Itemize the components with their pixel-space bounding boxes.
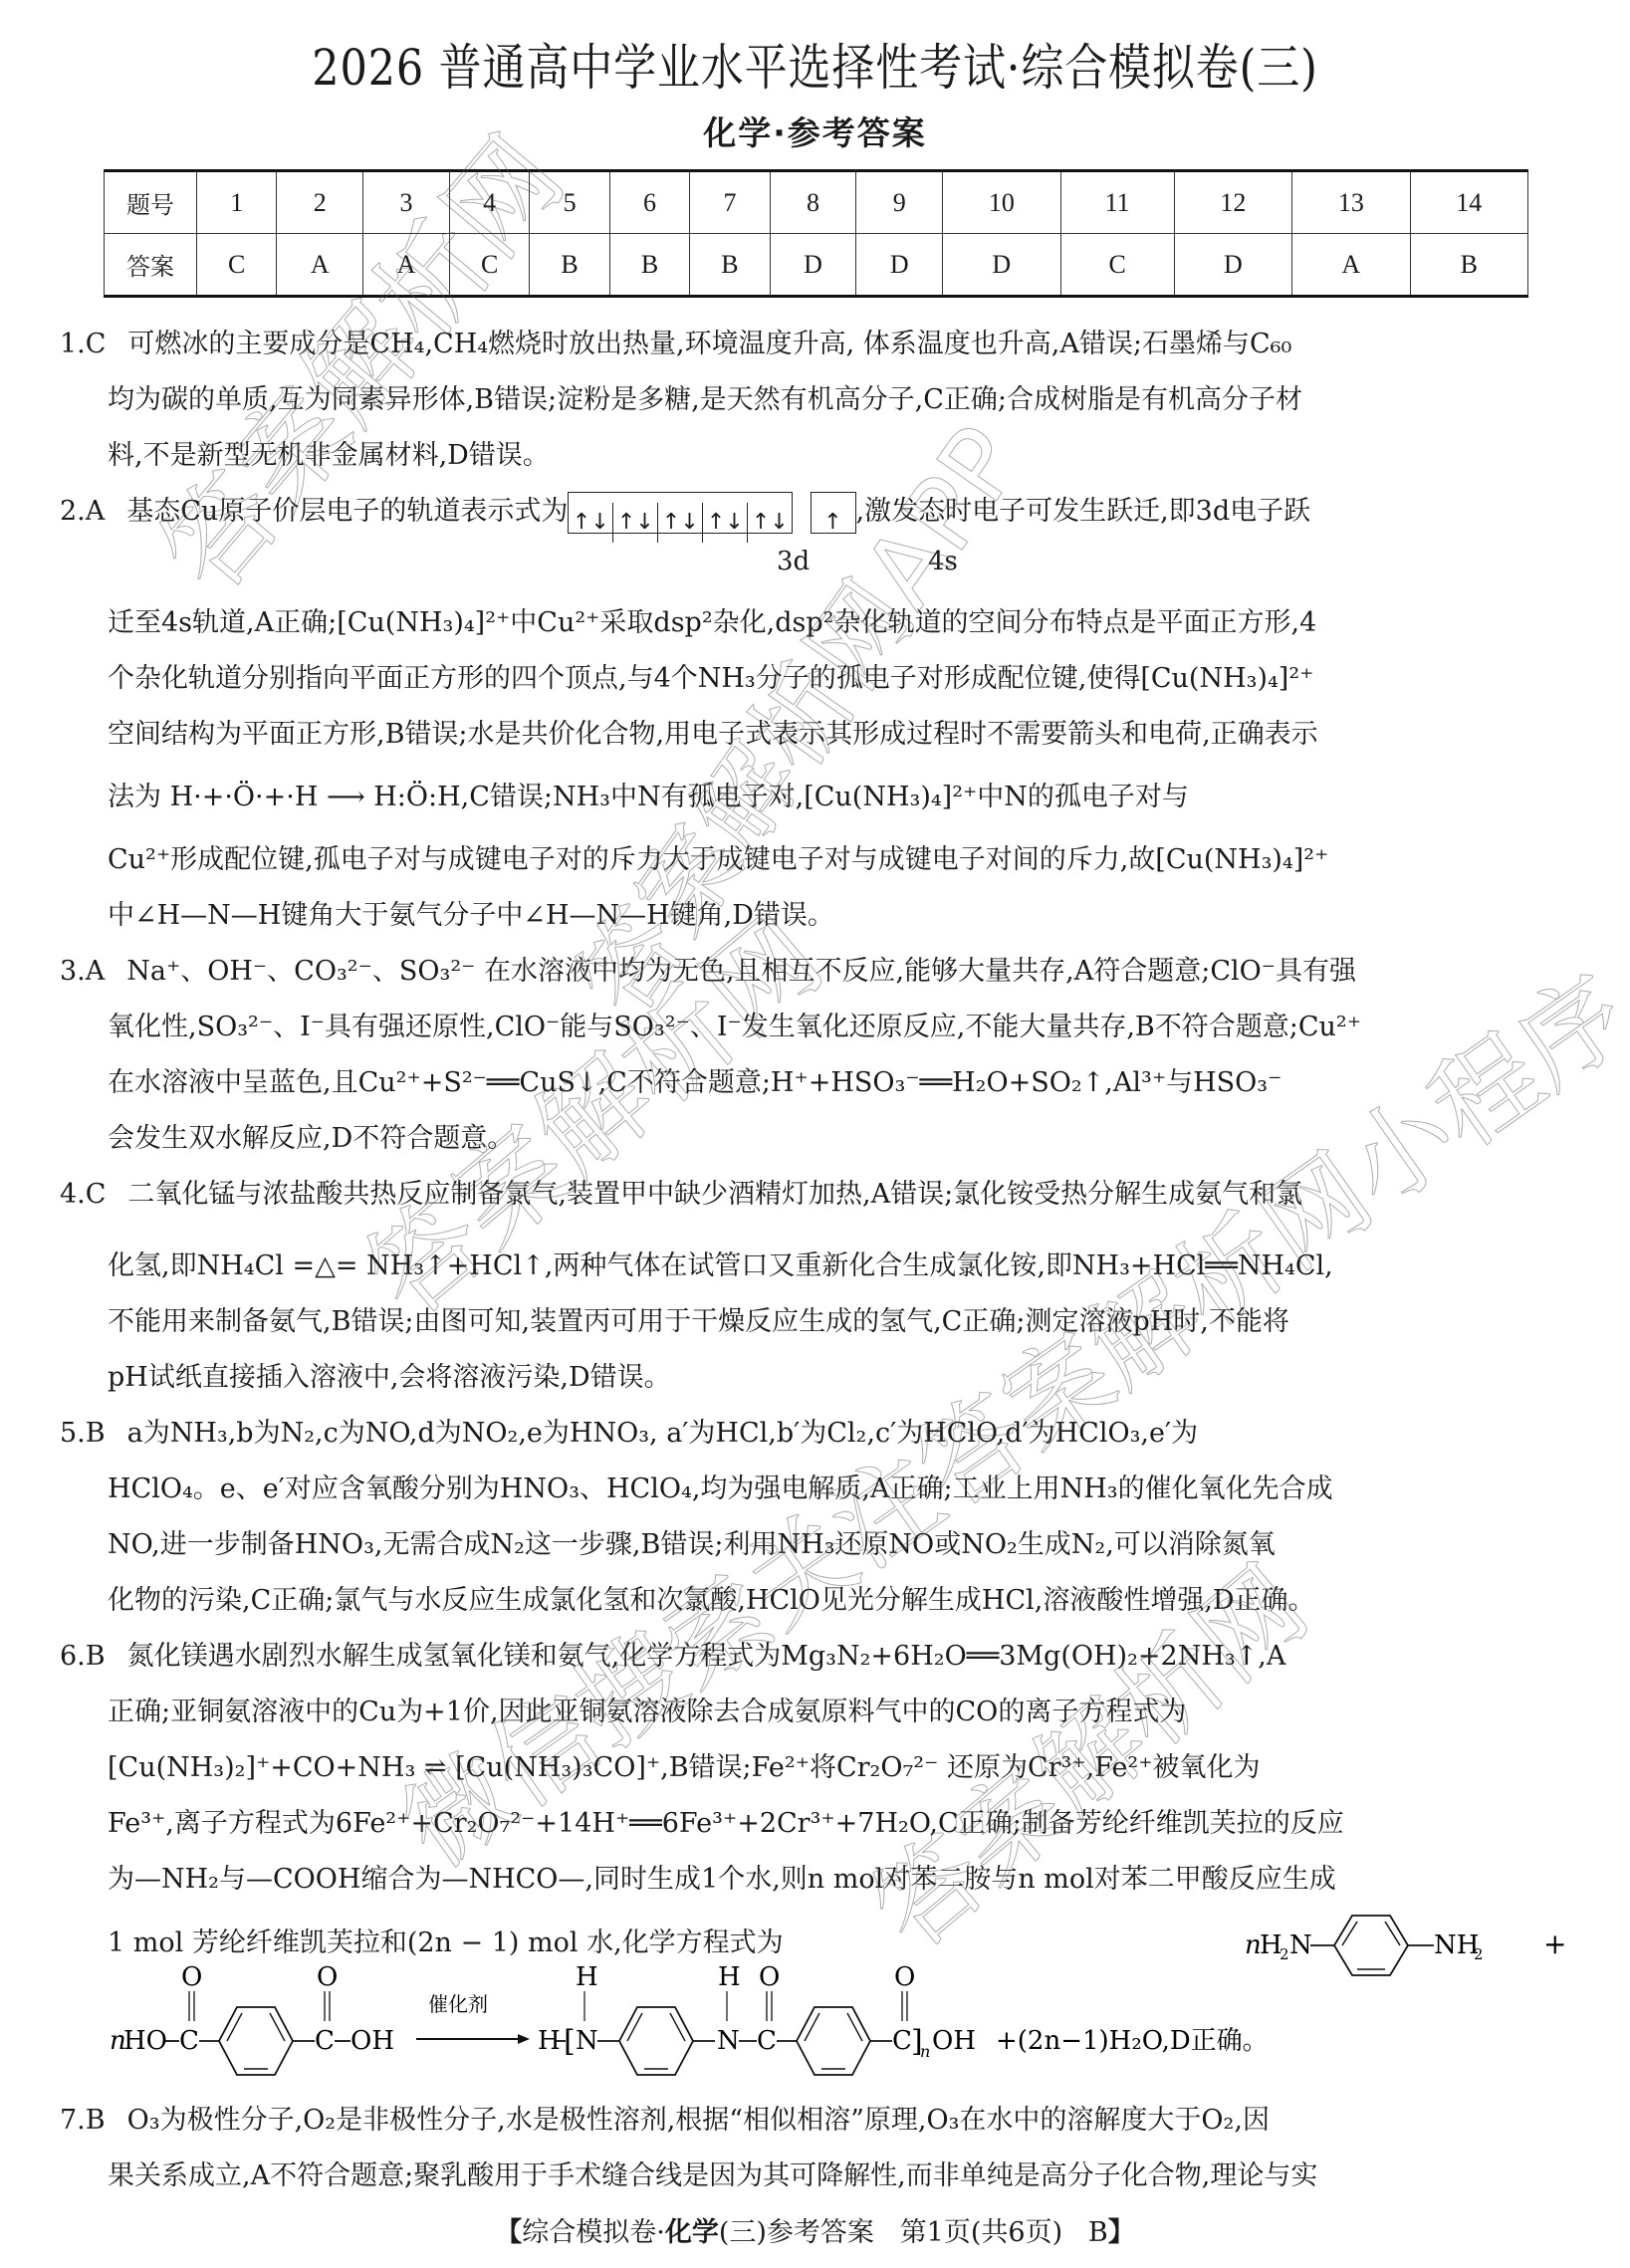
explanation-line: 空间结构为平面正方形,B错误;水是共价化合物,用电子式表示其形成过程时不需要箭头…: [60, 707, 1573, 763]
answer-table: 题号 1 2 3 4 5 6 7 8 9 10 11 12 13 14 答案 C…: [104, 169, 1528, 298]
explanations-body-q7: 7.BO₃为极性分子,O₂是非极性分子,水是极性溶剂,根据“相似相溶”原理,O₃…: [60, 2093, 1573, 2204]
orbital-label-3d: 3d: [777, 534, 810, 589]
svg-text:O: O: [181, 1962, 202, 1992]
explanation-line: 为—NH₂与—COOH缩合为—NHCO—,同时生成1个水,则n mol对苯二胺与…: [60, 1852, 1573, 1908]
explanation-q4: 4.C二氧化锰与浓盐酸共热反应制备氯气,装置甲中缺少酒精灯加热,A错误;氯化铵受…: [60, 1167, 1573, 1406]
catalyst-label: 催化剂: [428, 1992, 488, 2016]
explanation-line: 可燃冰的主要成分是CH₄,CH₄燃烧时放出热量,环境温度升高, 体系温度也升高,…: [127, 329, 1291, 359]
svg-text:n: n: [920, 2042, 930, 2061]
svg-text:O: O: [317, 1962, 338, 1992]
orbital-diagram-3d: ↑↓↑↓↑↓↑↓↑↓: [568, 492, 793, 534]
explanation-line: 个杂化轨道分别指向平面正方形的四个顶点,与4个NH₃分子的孤电子对形成配位键,使…: [60, 651, 1573, 707]
question-number-cell: 10: [943, 171, 1060, 234]
svg-text:C: C: [315, 2026, 335, 2056]
explanation-line: NO,进一步制备HNO₃,无需合成N₂这一步骤,B错误;利用NH₃还原NO或NO…: [60, 1517, 1573, 1573]
answer-cell: B: [530, 234, 609, 297]
explanation-line: Fe³⁺,离子方程式为6Fe²⁺+Cr₂O₇²⁻+14H⁺══6Fe³⁺+2Cr…: [60, 1796, 1573, 1852]
question-number-cell: 4: [449, 171, 529, 234]
question-number-cell: 13: [1292, 171, 1410, 234]
explanation-line: 中∠H—N—H键角大于氨气分子中∠H—N—H键角,D错误。: [60, 888, 1573, 944]
footer-version: B: [1088, 2217, 1108, 2248]
explanation-line: 化物的污染,C正确;氯气与水反应生成氯化氢和次氯酸,HClO见光分解生成HCl,…: [60, 1573, 1573, 1629]
explanation-q5: 5.Ba为NH₃,b为N₂,c为NO,d为NO₂,e为HNO₃, a′为HCl,…: [60, 1406, 1573, 1629]
question-number-cell: 14: [1410, 171, 1527, 234]
explanation-line: 果关系成立,A不符合题意;聚乳酸用于手术缝合线是因为其可降解性,而非单纯是高分子…: [60, 2149, 1573, 2204]
polyamide-reaction-scheme: n HO C O C O OH 催化剂 H [ N H N H C O C O …: [100, 1961, 1543, 2091]
question-lead: 4.C: [60, 1179, 106, 1210]
explanation-q2: 2.A基态Cu原子价层电子的轨道表示式为↑↓↑↓↑↓↑↓↑↓ ↑,激发态时电子可…: [60, 484, 1573, 944]
explanation-line: 氧化性,SO₃²⁻、I⁻具有强还原性,ClO⁻能与SO₃²⁻、I⁻发生氧化还原反…: [60, 1000, 1573, 1055]
svg-text:H: H: [576, 1962, 598, 1992]
question-lead: 1.C: [60, 329, 106, 359]
question-number-cell: 8: [770, 171, 856, 234]
document-title: 2026 普通高中学业水平选择性考试·综合模拟卷(三): [115, 28, 1516, 100]
svg-text:NH: NH: [1434, 1930, 1479, 1960]
answer-cell: D: [1174, 234, 1291, 297]
answer-cell: A: [1292, 234, 1410, 297]
answer-cell: D: [770, 234, 856, 297]
row-label-answer: 答案: [105, 234, 197, 297]
svg-text:+: +: [1543, 1928, 1566, 1960]
question-number-cell: 1: [197, 171, 277, 234]
orbital-cell: ↑↓: [703, 503, 748, 543]
explanation-line: 在水溶液中呈蓝色,且Cu²⁺+S²⁻══CuS↓,C不符合题意;H⁺+HSO₃⁻…: [60, 1055, 1573, 1111]
svg-text:OH: OH: [350, 2026, 394, 2056]
question-number-cell: 9: [856, 171, 943, 234]
svg-text:N: N: [576, 2026, 598, 2056]
explanation-line: 氮化镁遇水剧烈水解生成氢氧化镁和氨气,化学方程式为Mg₃N₂+6H₂O══3Mg…: [127, 1641, 1286, 1672]
explanation-q3: 3.ANa⁺、OH⁻、CO₃²⁻、SO₃²⁻ 在水溶液中均为无色,且相互不反应,…: [60, 944, 1573, 1167]
footer-left-bracket: 【: [495, 2217, 522, 2248]
question-number-cell: 6: [609, 171, 689, 234]
answer-cell: D: [943, 234, 1060, 297]
explanation-line: 1 mol 芳纶纤维凯芙拉和(2n − 1) mol 水,化学方程式为: [108, 1928, 784, 1958]
byproduct-water: +(2n−1)H₂O,D正确。: [996, 2026, 1269, 2056]
footer-right-bracket: 】: [1108, 2217, 1135, 2248]
answer-cell: C: [449, 234, 529, 297]
footer-title-pre: 综合模拟卷·: [522, 2217, 665, 2248]
svg-text:HO: HO: [123, 2026, 167, 2056]
question-lead: 3.A: [60, 956, 105, 987]
document-subtitle: 化学·参考答案: [0, 108, 1630, 154]
explanation-line: HClO₄。e、e′对应含氧酸分别为HNO₃、HClO₄,均为强电解质,A正确;…: [60, 1462, 1573, 1517]
svg-text:C: C: [179, 2026, 199, 2056]
answer-cell: A: [363, 234, 450, 297]
question-number-cell: 3: [363, 171, 450, 234]
explanation-line: 迁至4s轨道,A正确;[Cu(NH₃)₄]²⁺中Cu²⁺采取dsp²杂化,dsp…: [60, 595, 1573, 651]
explanation-line: 法为 H·+·Ö·+·H ⟶ H:Ö:H,C错误;NH₃中N有孤电子对,[Cu(…: [60, 763, 1573, 832]
answer-cell: B: [609, 234, 689, 297]
explanation-line: pH试纸直接插入溶液中,会将溶液污染,D错误。: [60, 1350, 1573, 1406]
svg-text:N: N: [1289, 1930, 1312, 1960]
explanation-q6: 6.B氮化镁遇水剧烈水解生成氢氧化镁和氨气,化学方程式为Mg₃N₂+6H₂O══…: [60, 1629, 1573, 1979]
orbital-label-4s: 4s: [928, 534, 958, 589]
explanation-line: Na⁺、OH⁻、CO₃²⁻、SO₃²⁻ 在水溶液中均为无色,且相互不反应,能够大…: [126, 956, 1356, 987]
explanation-line: 均为碳的单质,互为同素异形体,B错误;淀粉是多糖,是天然有机高分子,C正确;合成…: [60, 372, 1573, 428]
answer-cell: C: [1060, 234, 1174, 297]
answer-cell: A: [277, 234, 363, 297]
explanation-line: ,激发态时电子可发生跃迁,即3d电子跃: [856, 496, 1311, 527]
explanation-line: O₃为极性分子,O₂是非极性分子,水是极性溶剂,根据“相似相溶”原理,O₃在水中…: [127, 2105, 1270, 2136]
explanation-line: 会发生双水解反应,D不符合题意。: [60, 1111, 1573, 1167]
page-footer: 【综合模拟卷·化学(三)参考答案 第1页(共6页) B】: [0, 2210, 1630, 2249]
svg-text:H: H: [718, 1962, 741, 1992]
question-number-cell: 2: [277, 171, 363, 234]
answer-cell: D: [856, 234, 943, 297]
explanation-line: a为NH₃,b为N₂,c为NO,d为NO₂,e为HNO₃, a′为HCl,b′为…: [127, 1418, 1199, 1449]
svg-text:N: N: [717, 2026, 740, 2056]
question-lead: 7.B: [60, 2105, 106, 2136]
explanation-q1: 1.C可燃冰的主要成分是CH₄,CH₄燃烧时放出热量,环境温度升高, 体系温度也…: [60, 317, 1573, 484]
explanation-line: 料,不是新型无机非金属材料,D错误。: [60, 428, 1573, 484]
explanation-line: 基态Cu原子价层电子的轨道表示式为: [126, 496, 568, 527]
question-lead: 2.A: [60, 496, 105, 527]
question-lead: 6.B: [60, 1641, 106, 1672]
answer-row: 答案 C A A C B B B D D D C D A B: [105, 234, 1528, 297]
svg-text:C: C: [892, 2026, 912, 2056]
svg-text:[: [: [564, 2024, 576, 2059]
explanation-line: 二氧化锰与浓盐酸共热反应制备氯气,装置甲中缺少酒精灯加热,A错误;氯化铵受热分解…: [127, 1179, 1302, 1210]
orbital-cell: ↑↓: [613, 503, 658, 543]
explanation-q7: 7.BO₃为极性分子,O₂是非极性分子,水是极性溶剂,根据“相似相溶”原理,O₃…: [60, 2093, 1573, 2204]
svg-text:OH: OH: [932, 2026, 976, 2056]
footer-title-post: (三)参考答案: [719, 2217, 874, 2248]
explanation-line: Cu²⁺形成配位键,孤电子对与成键电子对的斥力大于成键电子对与成键电子对间的斥力…: [60, 832, 1573, 888]
answer-cell: B: [1410, 234, 1527, 297]
question-number-cell: 7: [690, 171, 770, 234]
question-lead: 5.B: [60, 1418, 106, 1449]
explanation-line: 正确;亚铜氨溶液中的Cu为+1价,因此亚铜氨溶液除去合成氨原料气中的CO的离子方…: [60, 1685, 1573, 1740]
explanation-line: [Cu(NH₃)₂]⁺+CO+NH₃ ⇌ [Cu(NH₃)₃CO]⁺,B错误;F…: [60, 1740, 1573, 1796]
explanation-line: 不能用来制备氨气,B错误;由图可知,装置丙可用于干燥反应生成的氢气,C正确;测定…: [60, 1294, 1573, 1350]
explanations-body: 1.C可燃冰的主要成分是CH₄,CH₄燃烧时放出热量,环境温度升高, 体系温度也…: [60, 317, 1573, 1979]
footer-page-number: 第1页(共6页): [900, 2217, 1062, 2248]
orbital-cell: ↑↓: [569, 503, 613, 543]
orbital-diagram-4s: ↑: [811, 492, 856, 534]
orbital-cell: ↑: [812, 503, 855, 543]
row-label-number: 题号: [105, 171, 197, 234]
footer-subject: 化学: [665, 2217, 719, 2248]
question-number-cell: 5: [530, 171, 609, 234]
question-number-cell: 12: [1174, 171, 1291, 234]
orbital-cell: ↑↓: [658, 503, 703, 543]
question-number-row: 题号 1 2 3 4 5 6 7 8 9 10 11 12 13 14: [105, 171, 1528, 234]
explanation-line: 化氢,即NH₄Cl =△= NH₃↑+HCl↑,两种气体在试管口又重新化合生成氯…: [60, 1223, 1573, 1294]
question-number-cell: 11: [1060, 171, 1174, 234]
answer-cell: B: [690, 234, 770, 297]
svg-text:C: C: [757, 2026, 777, 2056]
svg-text:O: O: [894, 1962, 915, 1992]
answer-cell: C: [197, 234, 277, 297]
svg-text:O: O: [759, 1962, 780, 1992]
